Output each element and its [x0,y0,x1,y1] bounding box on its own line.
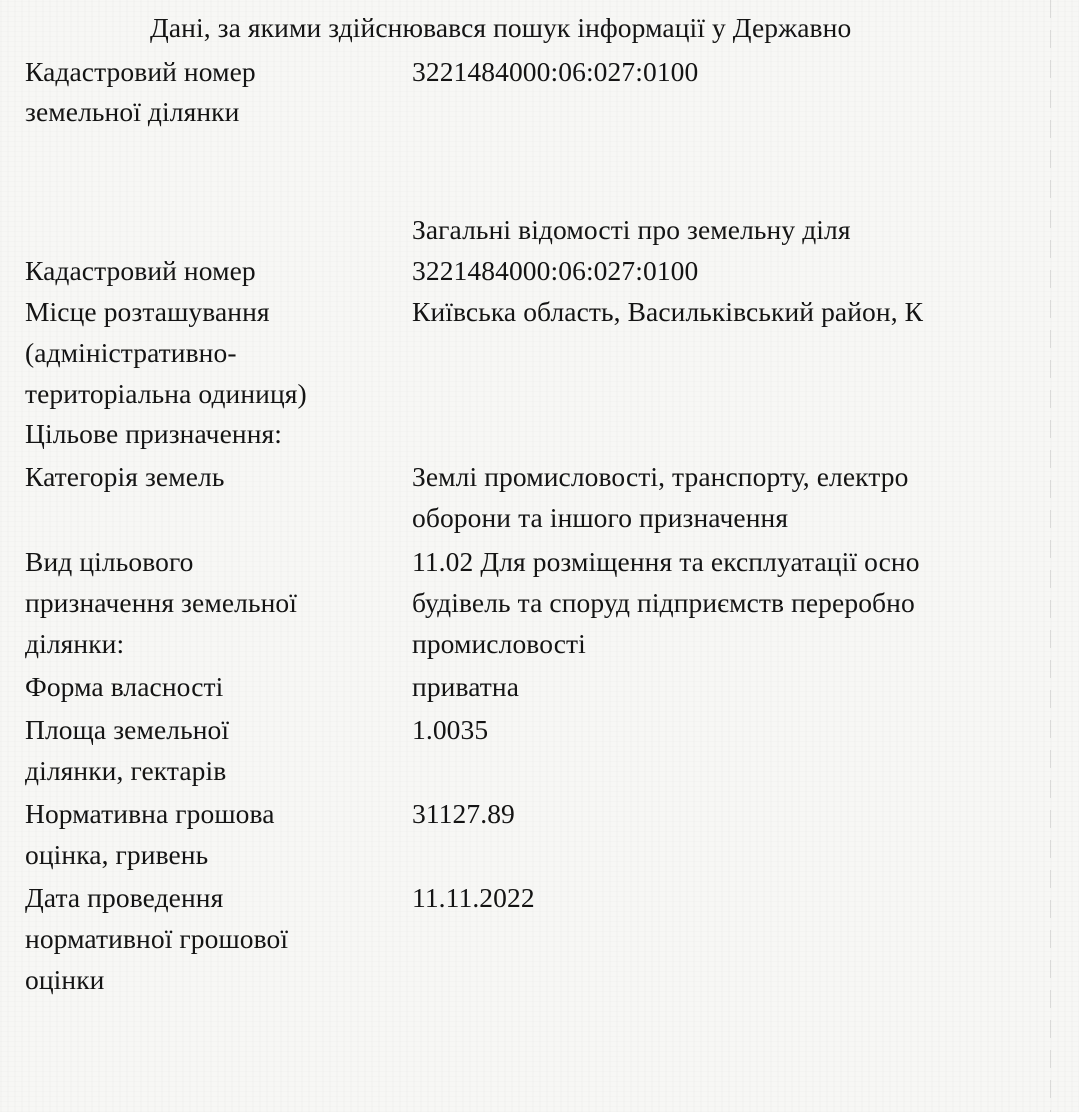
valuation-date-label-line-1: Дата проведення [25,884,223,912]
valuation-label-line-2: оцінка, гривень [25,841,208,869]
search-section-heading: Дані, за якими здійснювався пошук інформ… [150,14,851,42]
area-label-line-1: Площа земельної [25,716,229,744]
location-value: Київська область, Васильківський район, … [412,298,923,326]
purpose-type-label-line-2: призначення земельної [25,589,297,617]
valuation-date-value: 11.11.2022 [412,884,535,912]
valuation-date-label-line-3: оцінки [25,966,105,994]
cadastral-number-value: 3221484000:06:027:0100 [412,257,698,285]
ownership-form-label: Форма власності [25,673,223,701]
search-cadastral-label-line-1: Кадастровий номер [25,58,256,86]
ownership-form-value: приватна [412,673,519,701]
land-category-value-line-2: оборони та іншого призначення [412,504,788,532]
purpose-type-value-line-1: 11.02 Для розміщення та експлуатації осн… [412,548,920,576]
page-fold-line [1050,0,1051,1112]
purpose-type-label-line-1: Вид цільового [25,548,194,576]
purpose-label: Цільове призначення: [25,420,282,448]
search-cadastral-value: 3221484000:06:027:0100 [412,58,698,86]
valuation-date-label-line-2: нормативної грошової [25,925,288,953]
search-cadastral-label-line-2: земельної ділянки [25,98,239,126]
area-label-line-2: ділянки, гектарів [25,757,226,785]
valuation-label-line-1: Нормативна грошова [25,800,275,828]
location-label-line-2: (адміністративно- [25,339,237,367]
cadastral-number-label: Кадастровий номер [25,257,256,285]
purpose-type-value-line-3: промисловості [412,630,586,658]
purpose-type-value-line-2: будівель та споруд підприємств переробно [412,589,915,617]
area-value: 1.0035 [412,716,488,744]
land-category-value-line-1: Землі промисловості, транспорту, електро [412,463,908,491]
valuation-value: 31127.89 [412,800,515,828]
general-section-heading: Загальні відомості про земельну діля [412,216,851,244]
land-category-label: Категорія земель [25,463,225,491]
purpose-type-label-line-3: ділянки: [25,630,124,658]
location-label-line-3: територіальна одиниця) [25,380,307,408]
location-label-line-1: Місце розташування [25,298,270,326]
